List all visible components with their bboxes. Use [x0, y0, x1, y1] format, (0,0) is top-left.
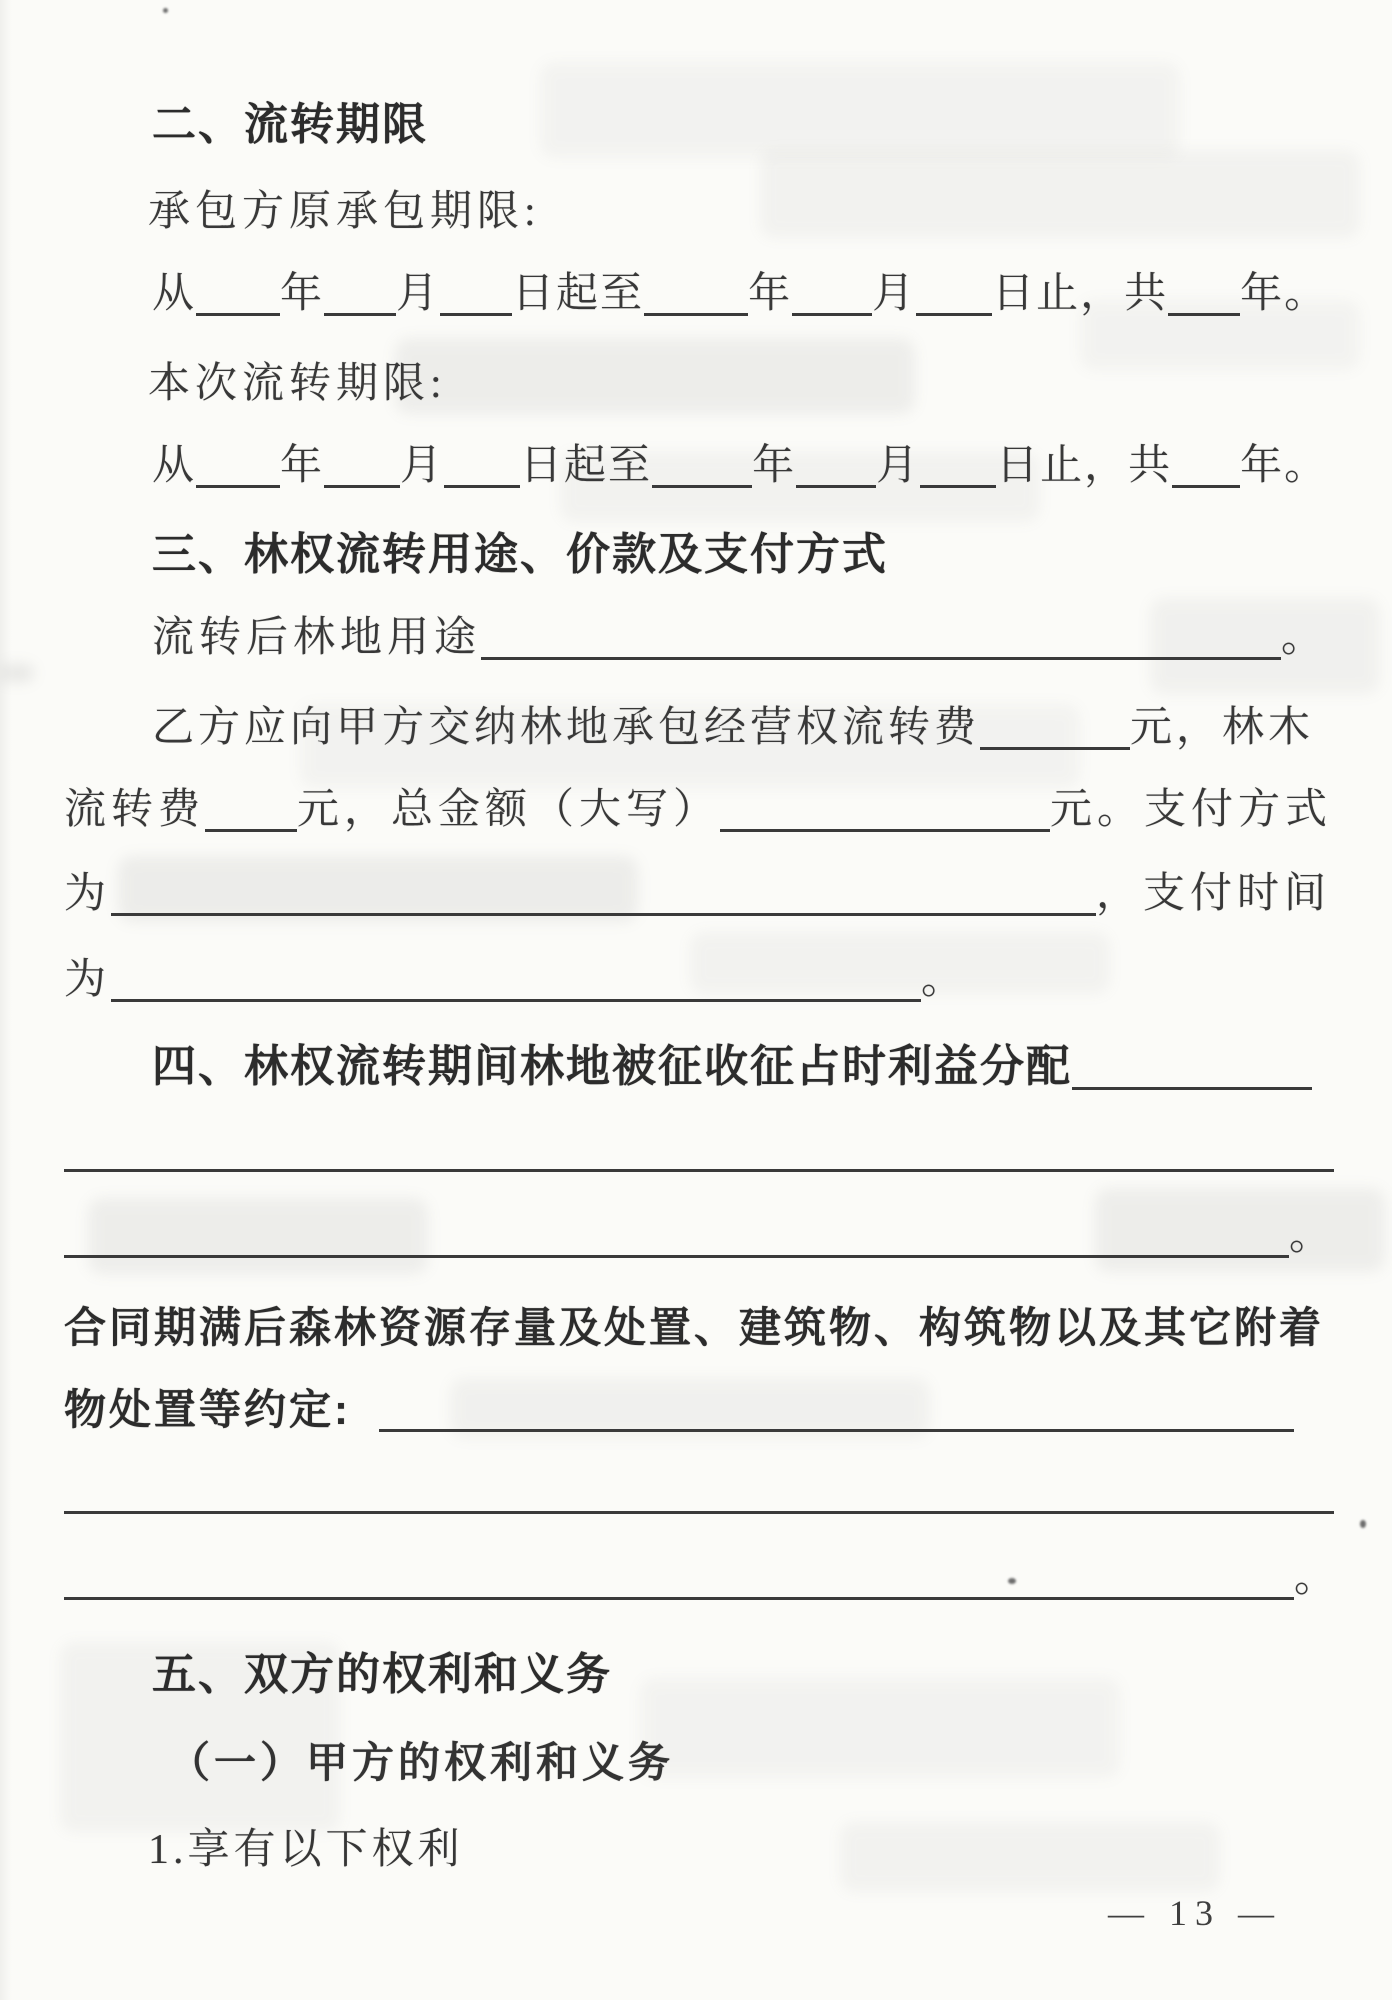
blank-field	[64, 1164, 1334, 1172]
text-run: 。	[1289, 1214, 1336, 1258]
blank-field	[64, 1506, 1334, 1514]
blank-field	[916, 308, 992, 316]
blank-field	[1072, 1082, 1312, 1090]
text-run: 。	[921, 958, 968, 1002]
section-heading-2: 二、流转期限	[152, 98, 428, 148]
bleedthrough-smudge	[760, 150, 1360, 238]
blank-field	[720, 824, 1050, 832]
blank-field	[481, 652, 1281, 660]
current-term-label: 本次流转期限:	[148, 356, 447, 406]
text-run: 为	[64, 872, 111, 916]
section-heading-3: 三、林权流转用途、价款及支付方式	[152, 528, 888, 578]
text-run: 月	[876, 444, 920, 488]
blank-field	[644, 308, 748, 316]
original-term-label: 承包方原承包期限:	[148, 184, 541, 234]
text-run: 三、林权流转用途、价款及支付方式	[152, 532, 888, 578]
text-run: （一）甲方的权利和义务	[168, 1742, 674, 1786]
scan-speck	[163, 8, 168, 13]
original-term-dates: 从年月日起至年月日止，共年。	[152, 266, 1328, 316]
text-run: 元，总金额（大写）	[297, 788, 720, 832]
text-run: 日起至	[512, 272, 644, 316]
blank-field	[324, 480, 400, 488]
text-run: 流转费	[64, 788, 205, 832]
blank-field	[205, 824, 297, 832]
blank-line-3	[64, 1464, 1334, 1514]
expiry-agreement-line-2: 物处置等约定:	[64, 1382, 1294, 1432]
party-a-subheading: （一）甲方的权利和义务	[168, 1736, 674, 1786]
text-run: 合同期满后森林资源存量及处置、建筑物、构筑物以及其它附着	[64, 1306, 1324, 1350]
text-run: 年。	[1240, 444, 1328, 488]
text-run: 元，林木	[1130, 706, 1314, 750]
text-run: 为	[64, 958, 111, 1002]
text-run: 。	[1294, 1556, 1341, 1600]
text-run: ，支付时间	[1096, 872, 1331, 916]
blank-field	[64, 1250, 1289, 1258]
page-edge-shade	[0, 0, 12, 2000]
blank-field	[796, 480, 876, 488]
expiry-agreement-line-1: 合同期满后森林资源存量及处置、建筑物、构筑物以及其它附着	[64, 1300, 1324, 1350]
text-run: 四、林权流转期间林地被征收征占时利益分配	[152, 1044, 1072, 1090]
text-run: 年	[280, 444, 324, 488]
rights-item-1: 1.享有以下权利	[148, 1822, 464, 1872]
blank-field	[440, 308, 512, 316]
blank-field	[980, 742, 1130, 750]
blank-field	[64, 1592, 1294, 1600]
section-heading-5: 五、双方的权利和义务	[152, 1648, 612, 1698]
blank-field	[792, 308, 872, 316]
text-run: 流转后林地用途	[152, 616, 481, 660]
text-run: 月	[396, 272, 440, 316]
fee-line-2: 流转费元，总金额（大写）元。支付方式	[64, 782, 1332, 832]
text-run: 年	[752, 444, 796, 488]
blank-field	[111, 994, 921, 1002]
blank-field	[324, 308, 396, 316]
payment-method-line: 为，支付时间	[64, 866, 1331, 916]
blank-field	[379, 1424, 1294, 1432]
blank-field	[920, 480, 996, 488]
blank-field	[196, 308, 280, 316]
text-run: 二、流转期限	[152, 102, 428, 148]
current-term-dates: 从年月日起至年月日止，共年。	[152, 438, 1328, 488]
blank-field	[444, 480, 520, 488]
blank-line-1	[64, 1122, 1334, 1172]
text-run: 承包方原承包期限:	[148, 190, 541, 234]
bleedthrough-smudge	[540, 62, 1180, 158]
text-run: 从	[152, 444, 196, 488]
fee-line-1: 乙方应向甲方交纳林地承包经营权流转费元，林木	[152, 700, 1314, 750]
blank-field	[1168, 308, 1240, 316]
blank-field	[196, 480, 280, 488]
bleedthrough-smudge	[640, 1678, 1120, 1778]
blank-line-2: 。	[64, 1208, 1336, 1258]
text-run: 日起至	[520, 444, 652, 488]
blank-line-4: 。	[64, 1550, 1341, 1600]
scanned-contract-page: 二、流转期限 承包方原承包期限: 从年月日起至年月日止，共年。 本次流转期限: …	[0, 0, 1392, 2000]
page-number: — 13 —	[1108, 1892, 1282, 1934]
text-run: 物处置等约定:	[64, 1388, 351, 1432]
blank-field	[111, 908, 1096, 916]
section-heading-4: 四、林权流转期间林地被征收征占时利益分配	[152, 1040, 1312, 1090]
bleedthrough-smudge	[395, 338, 915, 414]
text-run: 本次流转期限:	[148, 362, 447, 406]
text-run: 五、双方的权利和义务	[152, 1652, 612, 1698]
blank-field	[1172, 480, 1240, 488]
bleedthrough-smudge	[840, 1822, 1220, 1892]
text-run: 年	[748, 272, 792, 316]
text-run: 日止，共	[996, 444, 1172, 488]
text-run: 月	[872, 272, 916, 316]
bleedthrough-smudge	[0, 664, 34, 682]
text-run: 元。支付方式	[1050, 788, 1332, 832]
blank-field	[652, 480, 752, 488]
text-run: 年	[280, 272, 324, 316]
text-run: 从	[152, 272, 196, 316]
text-run: 。	[1281, 616, 1328, 660]
text-run: 月	[400, 444, 444, 488]
payment-time-line: 为。	[64, 952, 968, 1002]
text-run: 乙方应向甲方交纳林地承包经营权流转费	[152, 706, 980, 750]
text-run: 1.享有以下权利	[148, 1828, 464, 1872]
land-use-line: 流转后林地用途。	[152, 610, 1328, 660]
scan-speck	[1360, 1520, 1366, 1528]
text-run: 年。	[1240, 272, 1328, 316]
text-run: 日止，共	[992, 272, 1168, 316]
